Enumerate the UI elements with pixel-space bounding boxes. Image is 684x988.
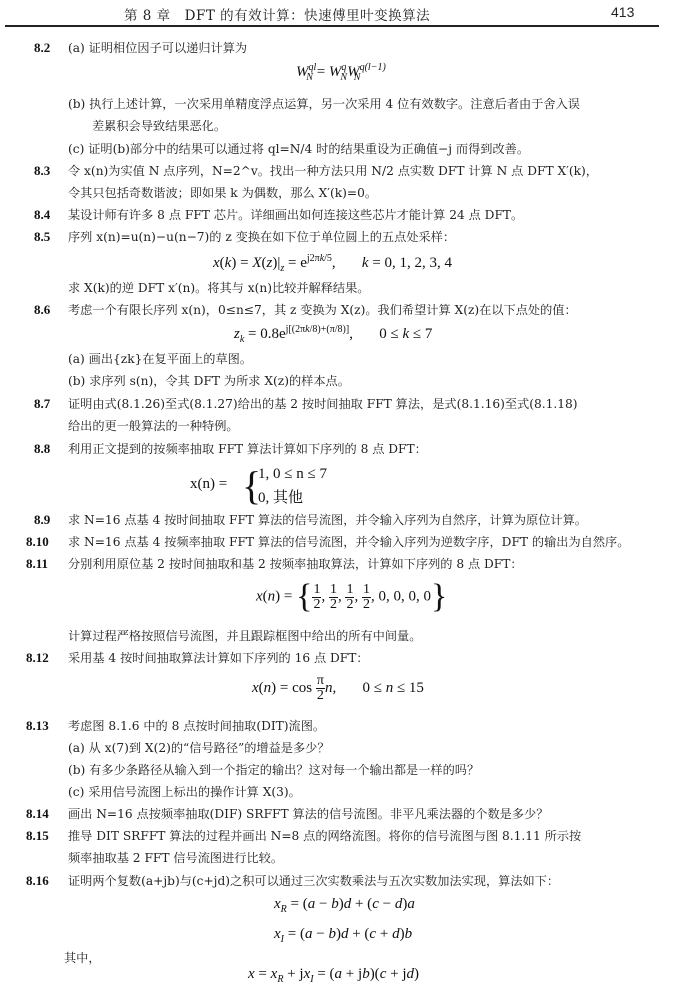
problem-text: 差累积会导致结果恶化。: [92, 118, 226, 134]
equation: x(k) = X(z)|z = ej2πk/5, k = 0, 1, 2, 3,…: [213, 253, 452, 274]
problem-number: 8.15: [26, 828, 49, 844]
equation: WqlN = WqNWq(l−1)N: [296, 62, 360, 83]
equation: x(n) = cos π2n, 0 ≤ n ≤ 15: [252, 674, 424, 703]
problem-text: 给出的更一般算法的一种特例。: [68, 418, 239, 434]
problem-text: 其中，: [64, 950, 101, 966]
problem-text: (a) 证明相位因子可以递归计算为: [68, 40, 247, 56]
problem-text: 利用正文提到的按频率抽取 FFT 算法计算如下序列的 8 点 DFT：: [68, 441, 427, 457]
problem-text: 求 X(k)的逆 DFT x′(n)。将其与 x(n)比较并解释结果。: [68, 280, 369, 296]
problem-text: 令 x(n)为实值 N 点序列，N=2^v。找出一种方法只用 N/2 点实数 D…: [68, 163, 598, 179]
problem-text: 证明两个复数(a+jb)与(c+jd)之积可以通过三次实数乘法与五次实数加法实现…: [68, 873, 559, 889]
problem-text: (c) 采用信号流图上标出的操作计算 X(3)。: [68, 784, 301, 800]
problem-text: 序列 x(n)=u(n)−u(n−7)的 z 变换在如下位于单位圆上的五点处采样…: [68, 229, 455, 245]
problem-text: 计算过程严格按照信号流图，并且跟踪框图中给出的所有中间量。: [68, 628, 421, 644]
problem-text: 某设计师有许多 8 点 FFT 芯片。详细画出如何连接这些芯片才能计算 24 点…: [68, 207, 523, 223]
problem-number: 8.7: [34, 396, 50, 412]
problem-text: (b) 执行上述计算，一次采用单精度浮点运算，另一次采用 4 位有效数字。注意后…: [68, 96, 580, 112]
problem-number: 8.2: [34, 40, 50, 56]
problem-number: 8.9: [34, 512, 50, 528]
problem-number: 8.10: [26, 534, 49, 550]
problem-number: 8.4: [34, 207, 50, 223]
equation: x = xR + jxI = (a + jb)(c + jd): [248, 966, 419, 985]
problem-text: 令其只包括奇数谐波；即如果 k 为偶数，那么 X′(k)=0。: [68, 185, 377, 201]
problem-text: (c) 证明(b)部分中的结果可以通过将 ql=N/4 时的结果重设为正确值−j…: [68, 141, 529, 157]
problem-number: 8.6: [34, 302, 50, 318]
problem-text: 考虑一个有限长序列 x(n)，0≤n≤7，其 z 变换为 X(z)。我们希望计算…: [68, 302, 577, 318]
problem-text: (a) 从 x(7)到 X(2)的“信号路径”的增益是多少？: [68, 740, 330, 756]
problem-text: 推导 DIT SRFFT 算法的过程并画出 N=8 点的网络流图。将你的信号流图…: [68, 828, 581, 844]
problem-number: 8.14: [26, 806, 49, 822]
case-1: 1, 0 ≤ n ≤ 7: [258, 466, 327, 483]
problem-number: 8.3: [34, 163, 50, 179]
problem-text: (b) 有多少条路径从输入到一个指定的输出？这对每一个输出都是一样的吗？: [68, 762, 479, 778]
problem-text: 求 N=16 点基 4 按时间抽取 FFT 算法的信号流图，并令输入序列为自然序…: [68, 512, 587, 528]
page-header: 第 8 章 DFT 的有效计算：快速傅里叶变换算法 413: [0, 0, 684, 28]
problem-text: (b) 求序列 s(n)，令其 DFT 为所求 X(z)的样本点。: [68, 373, 350, 389]
equation-lhs: x(n) =: [190, 476, 227, 493]
problem-text: 证明由式(8.1.26)至式(8.1.27)给出的基 2 按时间抽取 FFT 算…: [68, 396, 578, 412]
problem-text: 采用基 4 按时间抽取算法计算如下序列的 16 点 DFT：: [68, 650, 369, 666]
problem-number: 8.16: [26, 873, 49, 889]
chapter-title: 第 8 章 DFT 的有效计算：快速傅里叶变换算法: [124, 4, 430, 24]
problem-number: 8.12: [26, 650, 49, 666]
problem-text: 考虑图 8.1.6 中的 8 点按时间抽取(DIT)流图。: [68, 718, 325, 734]
problem-text: 分别利用原位基 2 按时间抽取和基 2 按频率抽取算法，计算如下序列的 8 点 …: [68, 556, 523, 572]
equation: xR = (a − b)d + (c − d)a: [274, 896, 415, 915]
problem-number: 8.5: [34, 229, 50, 245]
problem-text: 画出 N=16 点按频率抽取(DIF) SRFFT 算法的信号流图。非平凡乘法器…: [68, 806, 548, 822]
equation: xI = (a − b)d + (c + d)b: [274, 926, 412, 945]
problem-text: 求 N=16 点基 4 按频率抽取 FFT 算法的信号流图，并令输入序列为逆数字…: [68, 534, 629, 550]
equation: zk = 0.8ej[(2πk/8)+(π/8)], 0 ≤ k ≤ 7: [234, 324, 432, 345]
problem-text: 频率抽取基 2 FFT 信号流图进行比较。: [68, 850, 283, 866]
page-number: 413: [611, 4, 634, 20]
problem-number: 8.8: [34, 441, 50, 457]
equation: x(n) = {12, 12, 12, 12, 0, 0, 0, 0}: [256, 582, 447, 612]
problem-text: (a) 画出{zk}在复平面上的草图。: [68, 351, 252, 367]
problem-number: 8.13: [26, 718, 49, 734]
problem-number: 8.11: [26, 556, 48, 572]
header-rule: [5, 25, 659, 27]
case-2: 0, 其他: [258, 486, 303, 507]
